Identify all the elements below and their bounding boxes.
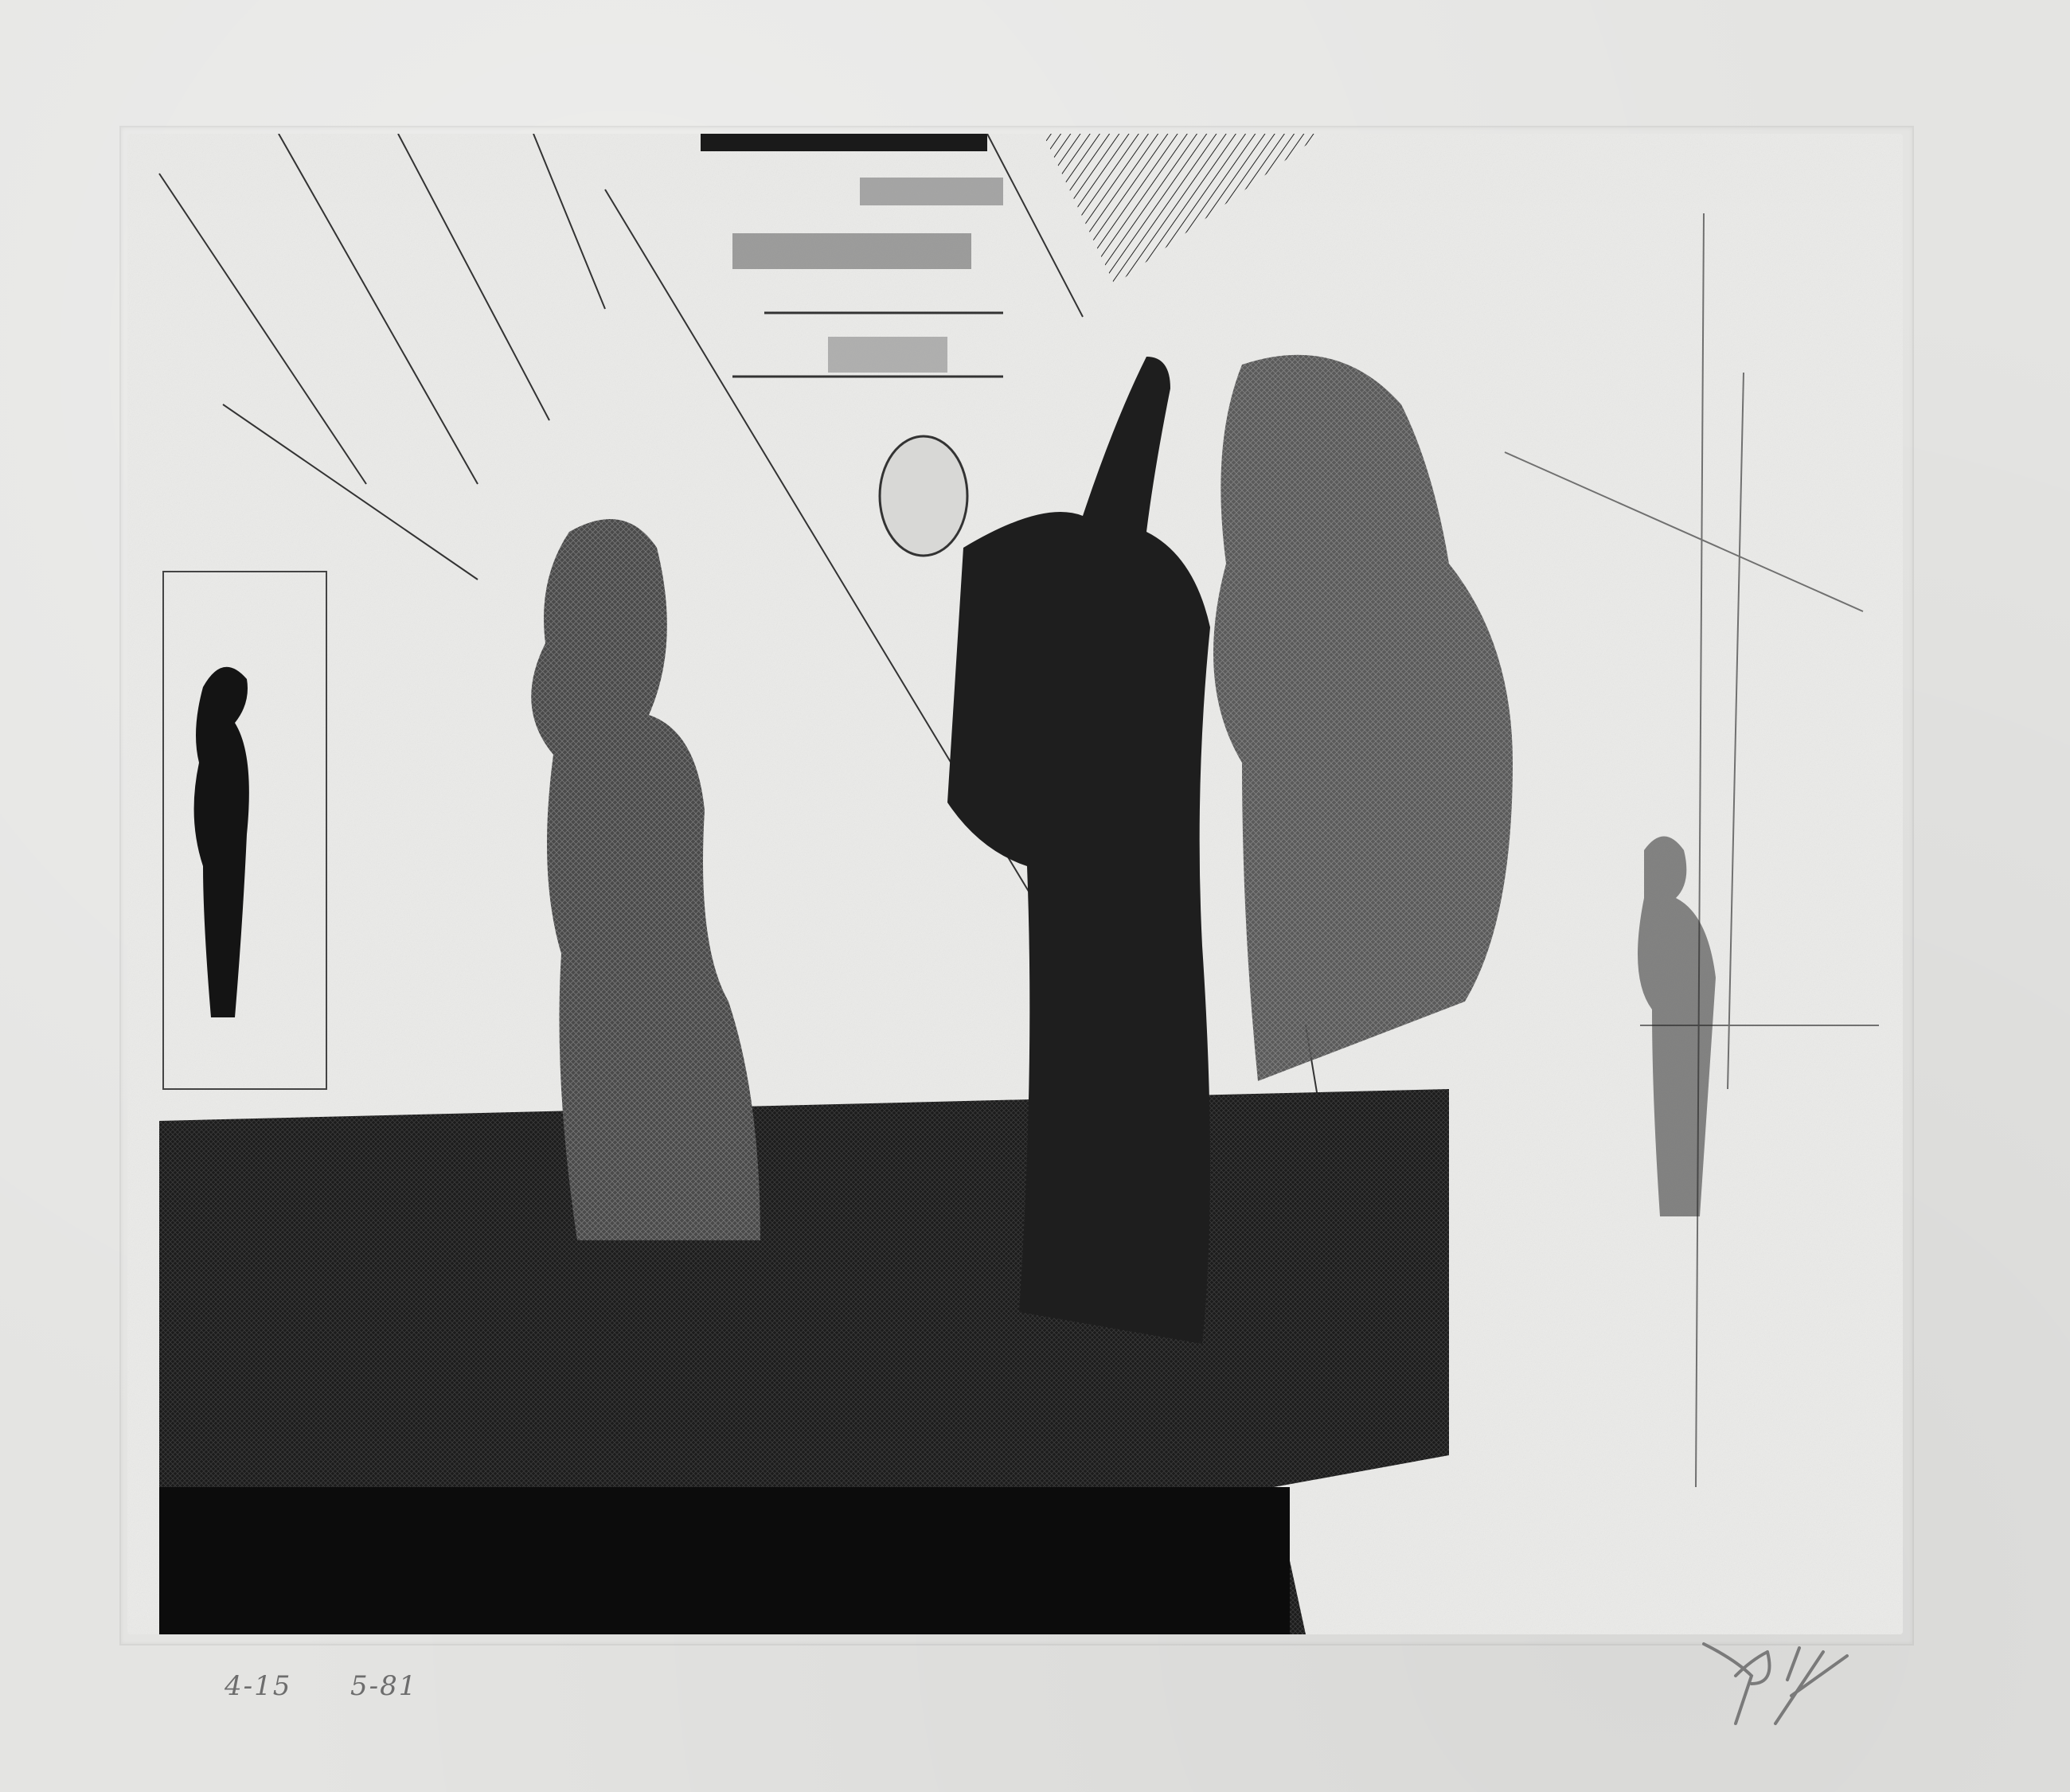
print-date: 5-81 [350,1670,417,1702]
artist-signature [1688,1640,1863,1728]
edition-number: 4-15 [225,1670,291,1702]
etching-plate-image [127,134,1903,1634]
etching-artwork [127,134,1903,1634]
